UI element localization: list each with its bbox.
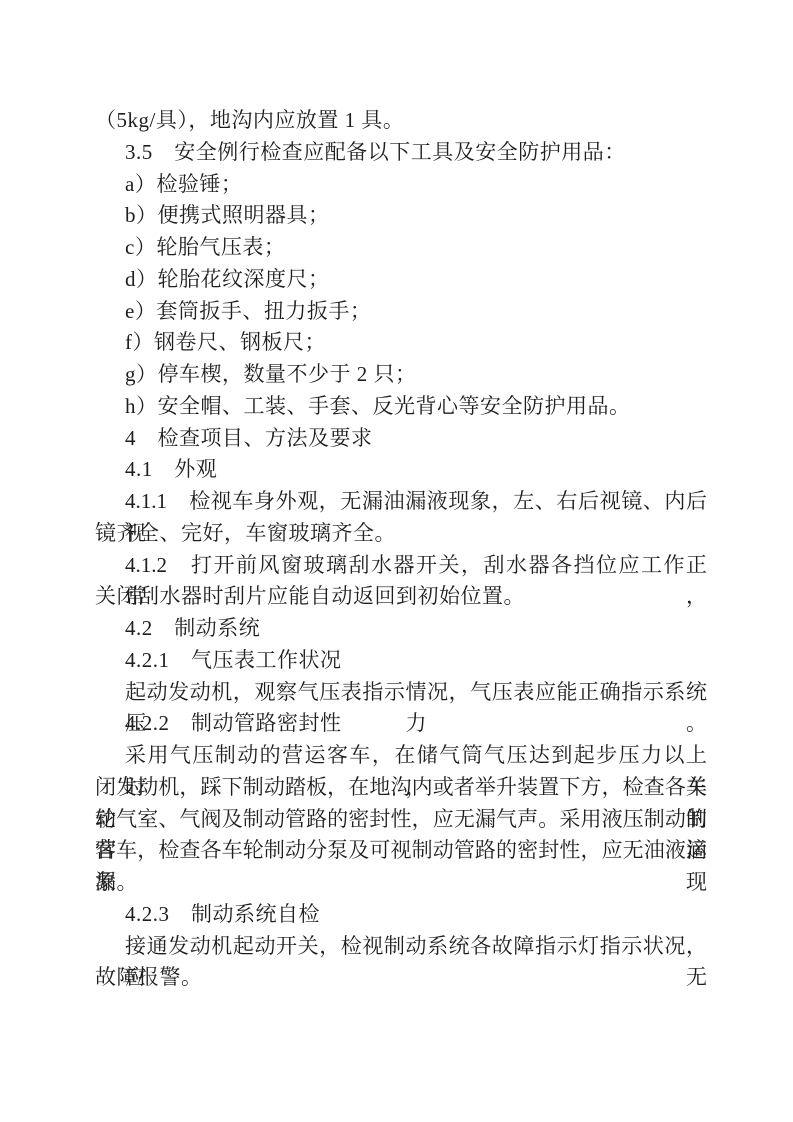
- text-line: 动气室、气阀及制动管路的密封性，应无漏气声。采用液压制动的营运: [95, 804, 707, 836]
- document-page: （5kg/具），地沟内应放置 1 具。3.5 安全例行检查应配备以下工具及安全防…: [0, 0, 793, 1122]
- document-body: （5kg/具），地沟内应放置 1 具。3.5 安全例行检查应配备以下工具及安全防…: [95, 105, 707, 994]
- text-line: g）停车楔，数量不少于 2 只；: [95, 359, 707, 391]
- text-line: 接通发动机起动开关，检视制动系统各故障指示灯指示状况，应无: [95, 931, 707, 963]
- text-line: e）套筒扳手、扭力扳手；: [95, 296, 707, 328]
- text-line: c）轮胎气压表；: [95, 232, 707, 264]
- text-line: 4 检查项目、方法及要求: [95, 423, 707, 455]
- text-line: 4.2.3 制动系统自检: [95, 899, 707, 931]
- text-line: 4.2 制动系统: [95, 613, 707, 645]
- text-line: 起动发动机，观察气压表指示情况，气压表应能正确指示系统压力。: [95, 677, 707, 709]
- text-line: （5kg/具），地沟内应放置 1 具。: [95, 105, 707, 137]
- text-line: 4.1 外观: [95, 454, 707, 486]
- text-line: b）便携式照明器具；: [95, 200, 707, 232]
- text-line: 闭发动机，踩下制动踏板，在地沟内或者举升装置下方，检查各车轮制: [95, 772, 707, 804]
- text-line: f）钢卷尺、钢板尺；: [95, 327, 707, 359]
- text-line: 客车，检查各车轮制动分泵及可视制动管路的密封性，应无油液滴漏现: [95, 835, 707, 867]
- text-line: 3.5 安全例行检查应配备以下工具及安全防护用品：: [95, 137, 707, 169]
- text-line: 采用气压制动的营运客车，在储气筒气压达到起步压力以上时，关: [95, 740, 707, 772]
- text-line: 4.1.1 检视车身外观，无漏油漏液现象，左、右后视镜、内后视: [95, 486, 707, 518]
- text-line: 4.1.2 打开前风窗玻璃刮水器开关，刮水器各挡位应工作正常，: [95, 550, 707, 582]
- text-line: a）检验锤；: [95, 169, 707, 201]
- text-line: h）安全帽、工装、手套、反光背心等安全防护用品。: [95, 391, 707, 423]
- text-line: 镜齐全、完好，车窗玻璃齐全。: [95, 518, 707, 550]
- text-line: d）轮胎花纹深度尺；: [95, 264, 707, 296]
- text-line: 4.2.1 气压表工作状况: [95, 645, 707, 677]
